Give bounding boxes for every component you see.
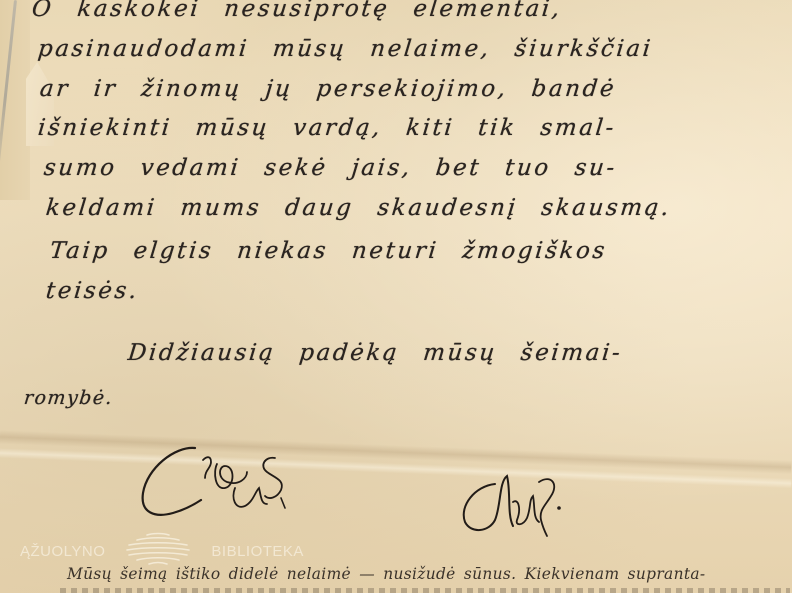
watermark-right-text: BIBLIOTEKA: [211, 543, 304, 560]
letter-line: O kaskokei nesusiprotę elementai,: [31, 0, 564, 22]
signature-2-scribble-icon: [455, 462, 575, 542]
letter-line: keldami mums daug skaudesnį skausmą.: [45, 195, 673, 221]
letter-line: teisės.: [45, 278, 141, 304]
watermark-left-text: ĄŽUOLYNO: [20, 543, 105, 560]
letter-line: ar ir žinomų jų persekiojimo, bandė: [39, 76, 618, 102]
library-watermark: ĄŽUOLYNO BIBLIOTEKA: [20, 538, 304, 564]
letter-line: Didžiausią padėką mūsų šeimai-: [127, 340, 624, 366]
scanned-document-page: O kaskokei nesusiprotę elementai, pasina…: [0, 0, 792, 593]
letter-line: Taip elgtis niekas neturi žmogiškos: [49, 238, 609, 264]
oak-leaf-wave-logo-icon: [123, 531, 193, 565]
signature-1-scribble-icon: [135, 438, 345, 528]
signature-1: [135, 438, 345, 528]
signature-2: [455, 462, 575, 542]
letter-line: išniekinti mūsų vardą, kiti tik smal-: [37, 115, 618, 141]
cut-off-caption-next-line: [60, 588, 790, 593]
printed-caption: Mūsų šeimą ištiko didelė nelaimė — nusiž…: [67, 565, 705, 583]
letter-line: romybė.: [23, 387, 115, 409]
letter-line: sumo vedami sekė jais, bet tuo su-: [43, 155, 619, 181]
letter-line: pasinaudodami mūsų nelaime, šiurkščiai: [37, 36, 654, 62]
